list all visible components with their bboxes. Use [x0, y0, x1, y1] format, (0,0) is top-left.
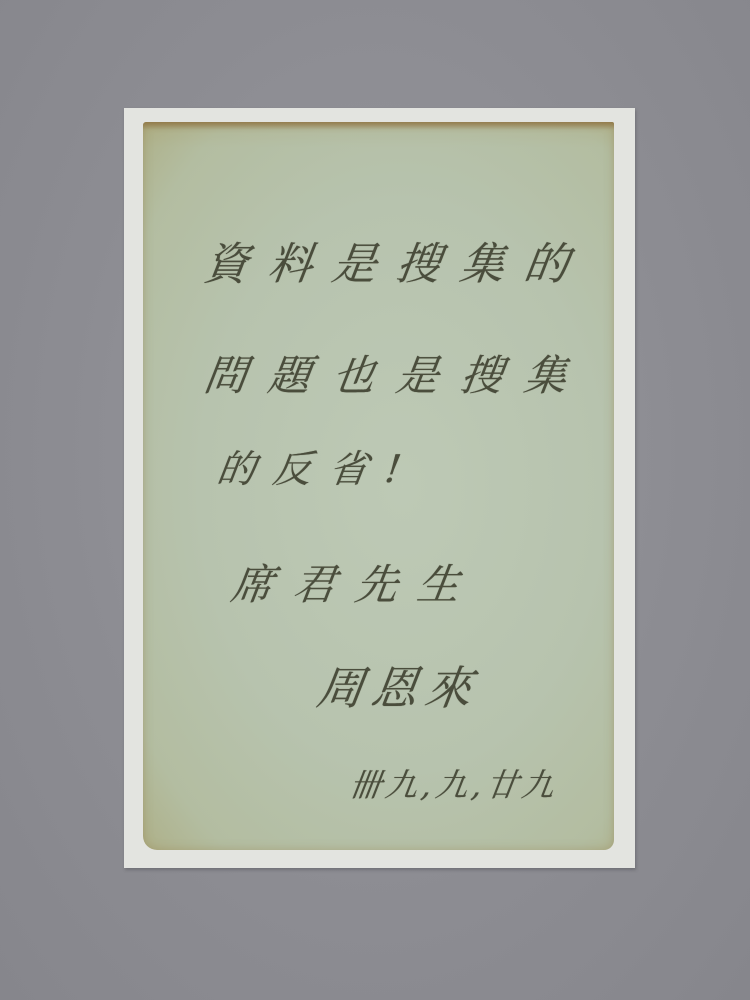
date: 卌九,九,廿九: [347, 760, 562, 806]
handwritten-line-2: 問題也是搜集: [201, 343, 593, 403]
paper-stained-top-edge: [143, 122, 614, 130]
handwritten-line-3: 的反省!: [214, 438, 423, 493]
signature: 周恩來: [313, 652, 484, 718]
handwritten-line-1: 資料是搜集的: [201, 228, 594, 292]
salutation: 席君先生: [228, 552, 484, 612]
